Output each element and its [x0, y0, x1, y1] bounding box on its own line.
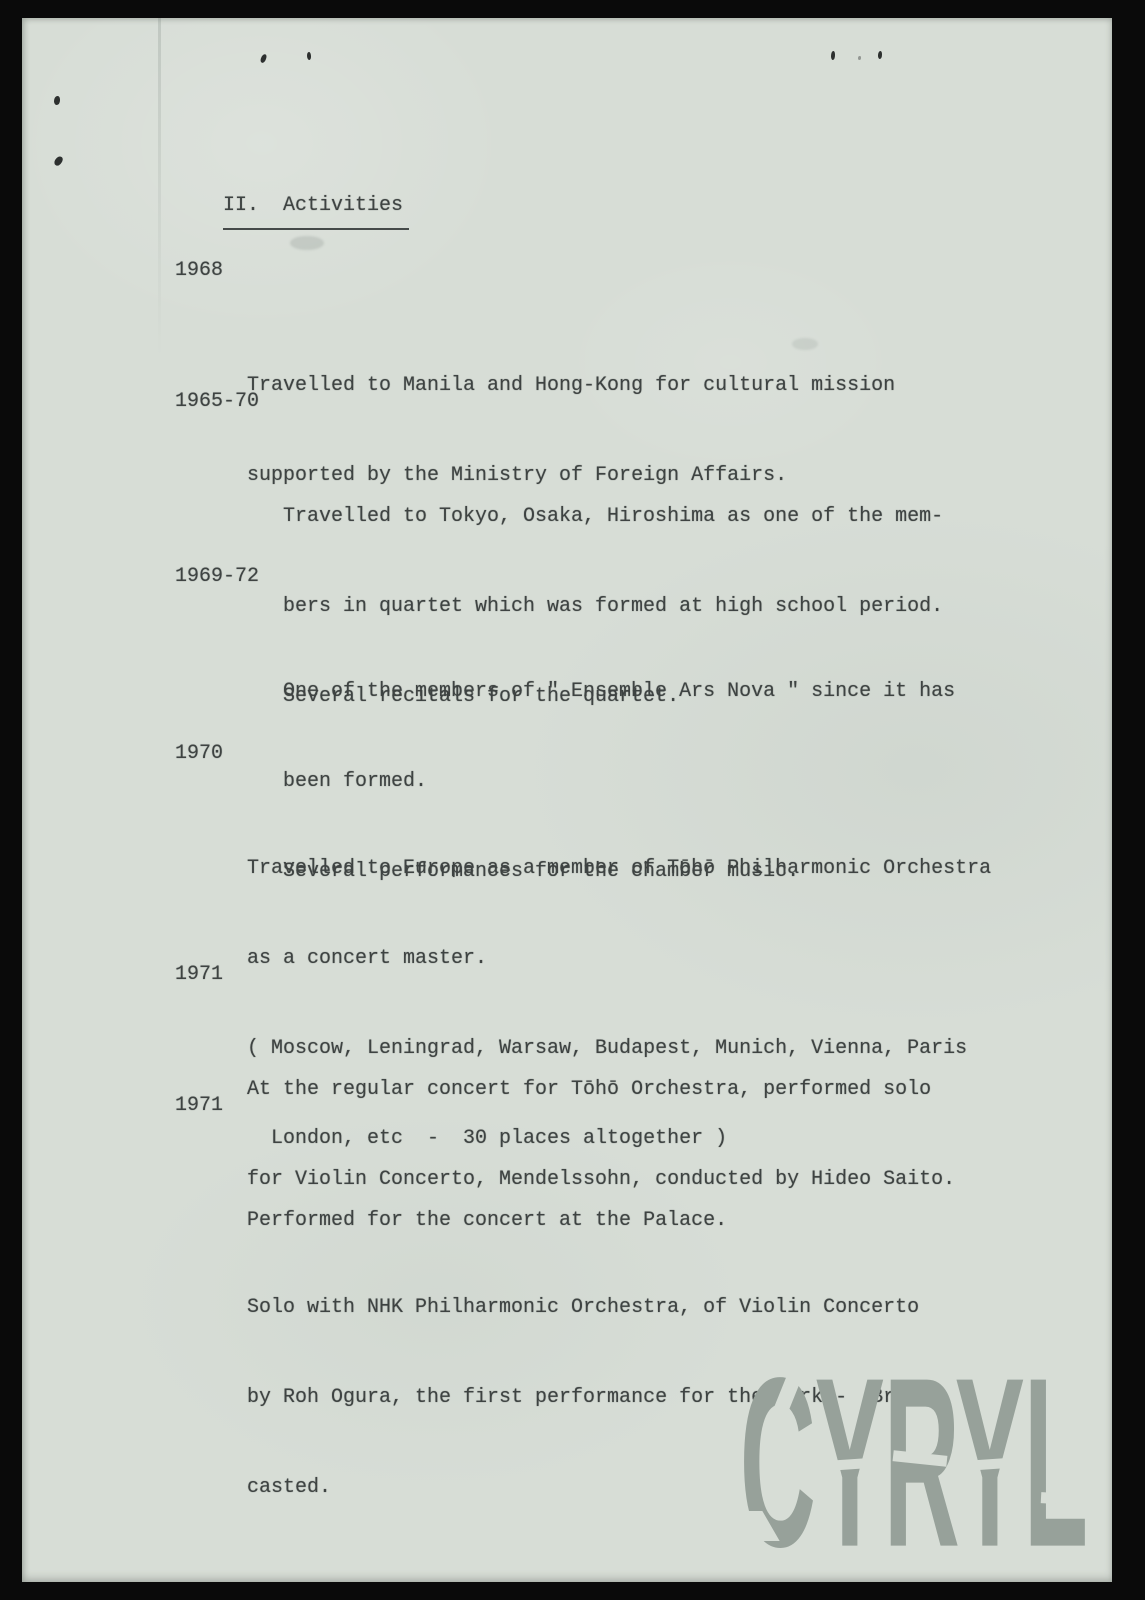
section-heading: II. Activities — [175, 161, 409, 253]
watermark-stencil-cut — [1041, 1492, 1076, 1505]
scan-speck — [858, 56, 861, 60]
section-heading-text: II. Activities — [223, 184, 409, 230]
paper-crease — [158, 18, 161, 358]
entry-year: 1968 — [175, 249, 223, 293]
scan-speck — [260, 53, 268, 63]
entry-line: Travelled to Europe as a member of Tōhō … — [247, 847, 991, 891]
scan-speck — [54, 96, 60, 105]
entry-year: 1971 — [175, 953, 223, 997]
entry-line: One of the members of " Ensemble Ars Nov… — [283, 670, 955, 714]
scan-speck — [878, 51, 882, 59]
entry-year: 1970 — [175, 732, 223, 776]
cyryl-watermark: CYRYL — [745, 1371, 1085, 1556]
paper: II. Activities 1968 Travelled to Manila … — [22, 18, 1112, 1582]
scan-speck — [306, 52, 311, 60]
entry-year: 1965-70 — [175, 380, 259, 424]
scan-speck — [831, 51, 835, 60]
entry-year: 1969-72 — [175, 555, 259, 599]
scan-background: { "heading": { "text": "II. Activities" … — [0, 0, 1145, 1600]
entry-line: Travelled to Tokyo, Osaka, Hiroshima as … — [283, 495, 943, 539]
entry-year: 1971 — [175, 1084, 223, 1128]
entry-line: Solo with NHK Philharmonic Orchestra, of… — [247, 1286, 943, 1330]
scan-speck — [53, 155, 64, 167]
